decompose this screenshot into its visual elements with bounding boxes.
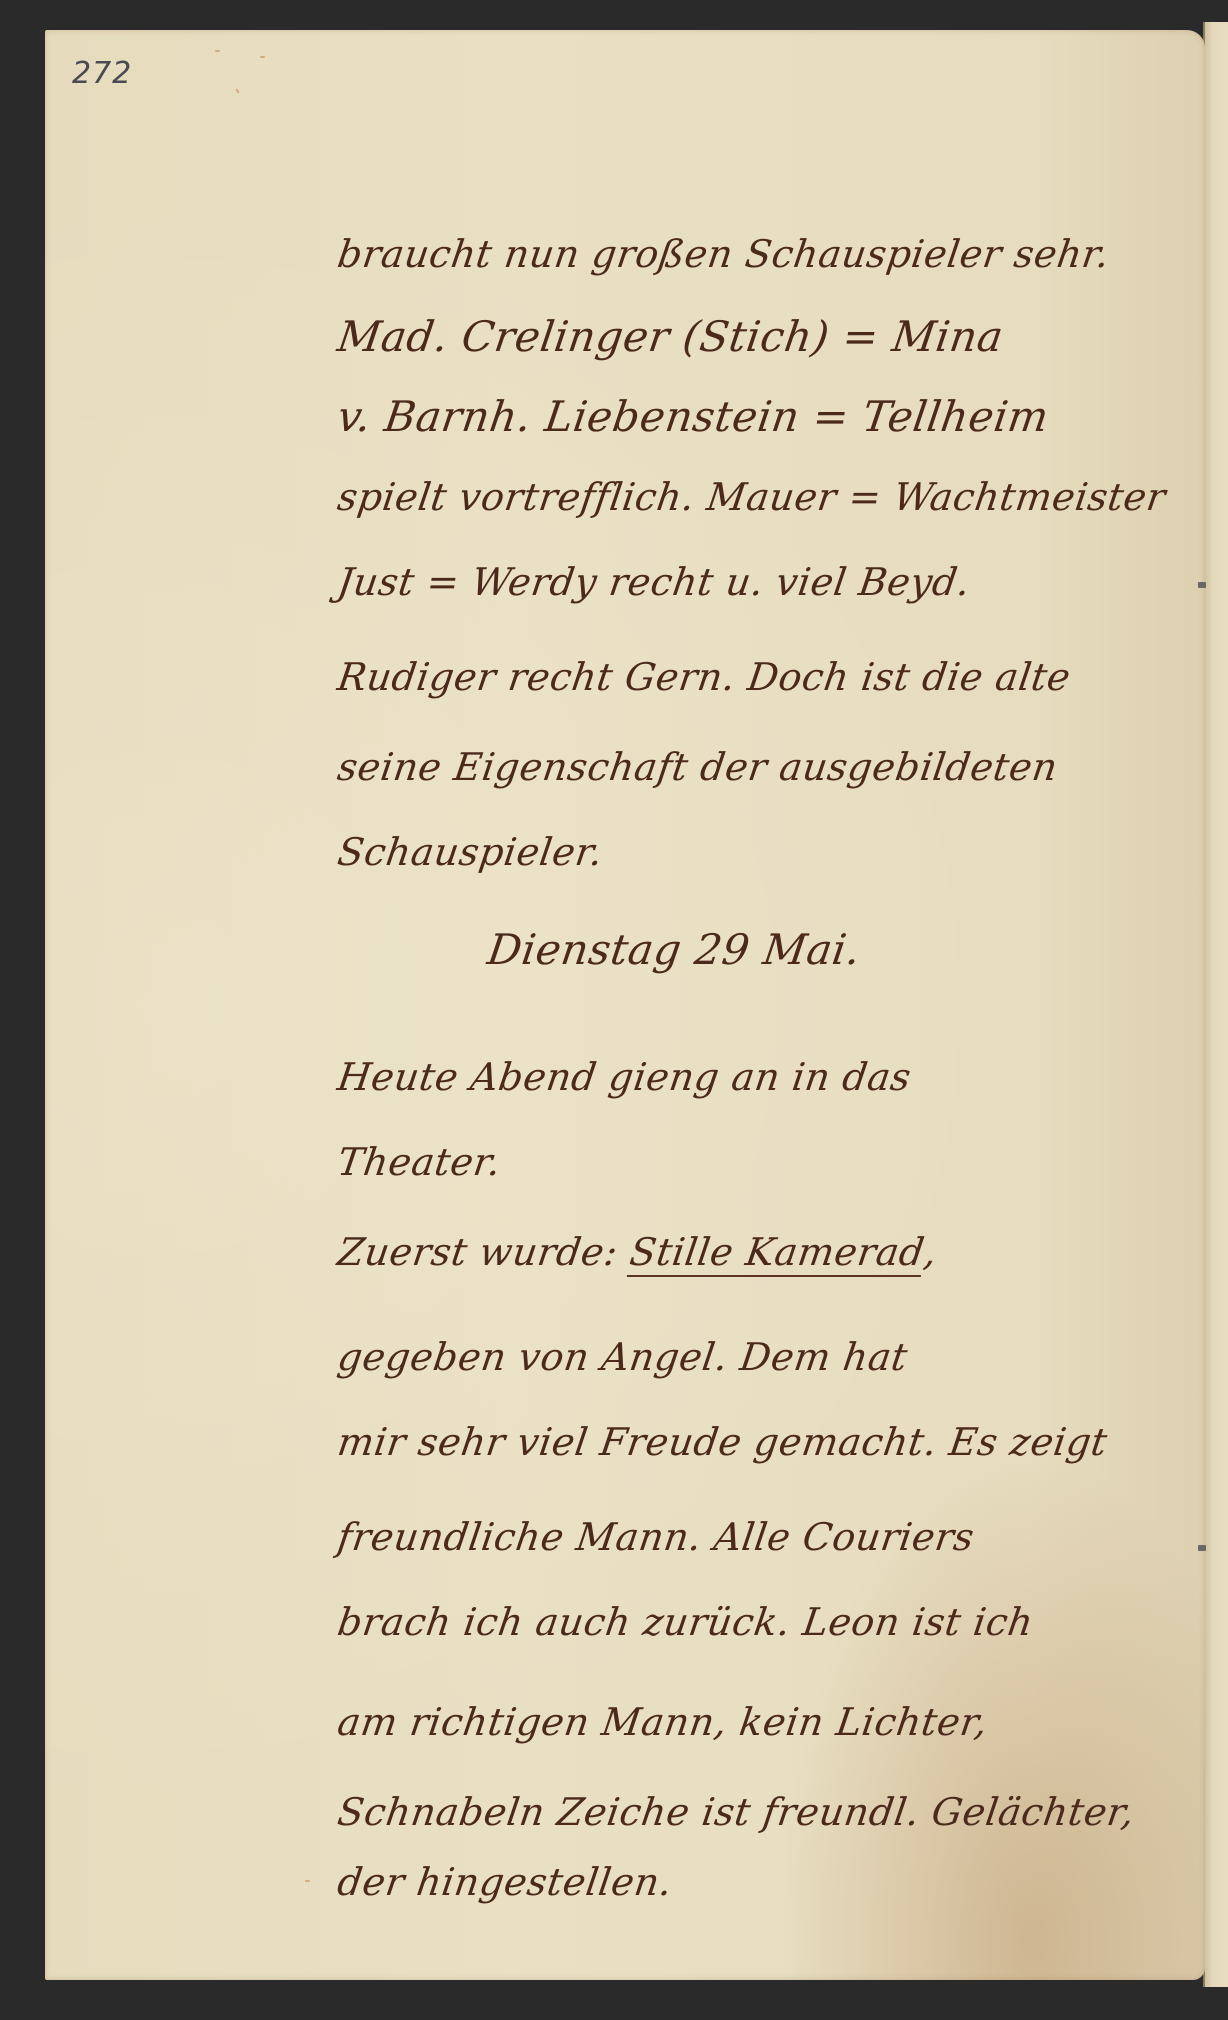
text-line: Theater. <box>335 1140 504 1184</box>
manuscript-scan: 272 braucht nun großen Schauspieler sehr… <box>0 0 1228 2020</box>
paper-speck <box>305 1880 310 1882</box>
text-line: mir sehr viel Freude gemacht. Es zeigt <box>335 1420 1110 1464</box>
text-line: Schauspieler. <box>335 830 606 874</box>
folio-number: 272 <box>72 56 132 91</box>
text-line: freundliche Mann. Alle Couriers <box>335 1515 977 1559</box>
text-line: Mad. Crelinger (Stich) = Mina <box>335 312 1007 361</box>
paper-speck <box>215 50 220 52</box>
binding-notch <box>1198 1545 1206 1551</box>
text-line: Schnabeln Zeiche ist freundl. Gelächter, <box>335 1790 1138 1834</box>
text-line: Just = Werdy recht u. viel Beyd. <box>335 560 973 604</box>
play-prefix: Zuerst wurde: <box>335 1230 633 1274</box>
paper-speck <box>235 88 239 93</box>
play-title-line: Zuerst wurde: Stille Kamerad, <box>335 1230 940 1274</box>
paper-speck <box>260 56 265 58</box>
text-line: braucht nun großen Schauspieler sehr. <box>335 232 1113 276</box>
entry-date-heading: Dienstag 29 Mai. <box>485 925 864 974</box>
binding-notch <box>1198 582 1206 588</box>
text-line: gegeben von Angel. Dem hat <box>335 1335 911 1379</box>
text-line: Heute Abend gieng an in das <box>335 1055 914 1099</box>
text-line: Rudiger recht Gern. Doch ist die alte <box>335 655 1074 699</box>
text-line: spielt vortrefflich. Mauer = Wachtmeiste… <box>335 475 1169 519</box>
text-line: am richtigen Mann, kein Lichter, <box>335 1700 991 1744</box>
play-title-underlined: Stille Kamerad <box>627 1230 927 1274</box>
facing-page-edge <box>1203 22 1228 1987</box>
text-line: der hingestellen. <box>335 1860 675 1904</box>
text-line: v. Barnh. Liebenstein = Tellheim <box>335 392 1052 441</box>
text-line: brach ich auch zurück. Leon ist ich <box>335 1600 1036 1644</box>
text-line: seine Eigenschaft der ausgebildeten <box>335 745 1061 789</box>
